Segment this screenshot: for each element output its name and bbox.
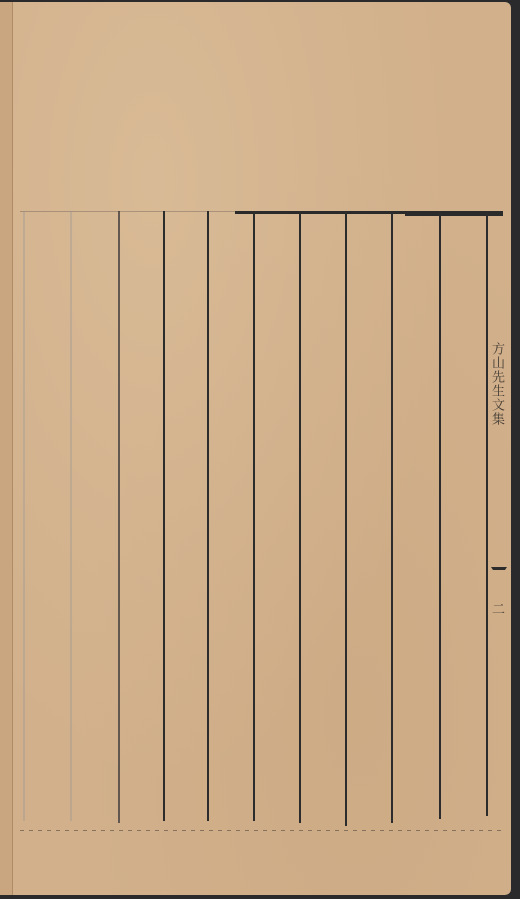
column-line — [486, 211, 488, 816]
top-rule-thick — [405, 211, 503, 216]
column-line — [439, 211, 441, 819]
column-line — [70, 211, 72, 821]
margin-title: 方山先生文集 — [490, 342, 506, 426]
column-line — [118, 211, 120, 823]
bottom-rule — [20, 830, 503, 831]
book-page: 方山先生文集 二 — [0, 2, 511, 895]
column-line — [253, 211, 255, 821]
column-line — [299, 211, 301, 823]
margin-page-number: 二 — [492, 602, 506, 615]
fish-tail-mark — [491, 567, 507, 582]
column-line — [163, 211, 165, 821]
column-line — [23, 211, 25, 821]
top-rule-faint — [20, 211, 235, 212]
column-frame — [20, 211, 503, 831]
column-line — [345, 211, 347, 826]
column-line — [391, 211, 393, 823]
column-line — [207, 211, 209, 821]
page-gutter — [0, 2, 13, 895]
